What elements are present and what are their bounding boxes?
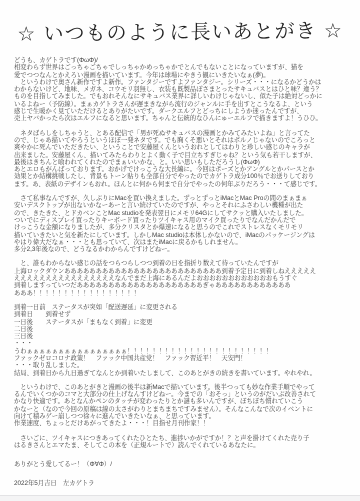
paragraph-new-work: というわけで奥さん新作ですよ新作。ファンタジーですよファンタジー。シリーズ・・・…: [14, 79, 354, 123]
date-signature-line: 2022年5月吉日 左カゲトラ: [14, 480, 354, 487]
paragraph-mac-story: さて私事なんですが、久しぶりにMacを買い換えました。ずっとずっとiMacとMa…: [14, 195, 354, 253]
page-title: ☆ いつものように長いあとがき ☆: [0, 0, 360, 53]
delivery-status-log: 到着一日前 ステータスが突如「配送遅延」に変更される 到着日 到着せず 一日後 …: [14, 304, 354, 348]
paragraph-thanks: さいごに、ツイキャスにつきあってくれたひとたち、進捗いかがですか！？と声を掛けて…: [14, 435, 354, 450]
paragraph-netabarashi: ネタばらしをしちゃうと、とある配信で「男が死ぬサキュバスの漫画とかみてみたいよね…: [14, 130, 354, 188]
paragraph-shanghai-lockdown: と、誰もわからない感じの話をつらつらしつつ到着の日を指折り数えて待っていたんです…: [14, 260, 354, 296]
paragraph-meltdown: うわぁぁぁぁぁぁぁぁぁぁぁぁぁぁぁぁ！！！！！！！！！！！！！！！！！！！！！！…: [14, 348, 354, 377]
afterword-body: どうも、カゲトラです(ΦωΦ)/ 相変わらず世界はごっちゃごちゃでしっちゃかめっ…: [0, 51, 360, 487]
page-bottom-edge: [0, 495, 360, 501]
signoff-line: ありがとう愛してるー！（Φ∀Φ）/: [14, 461, 354, 468]
paragraph-new-mac-work: というわけで、このあとがきと漫画の後半は新Macで描いています。後半つっても妙な…: [14, 384, 354, 428]
afterword-page: ☆ いつものように長いあとがき ☆ どうも、カゲトラです(ΦωΦ)/ 相変わらず…: [0, 0, 360, 501]
paragraph-greeting: どうも、カゲトラです(ΦωΦ)/ 相変わらず世界はごっちゃごちゃでしっちゃかめっ…: [14, 57, 354, 79]
